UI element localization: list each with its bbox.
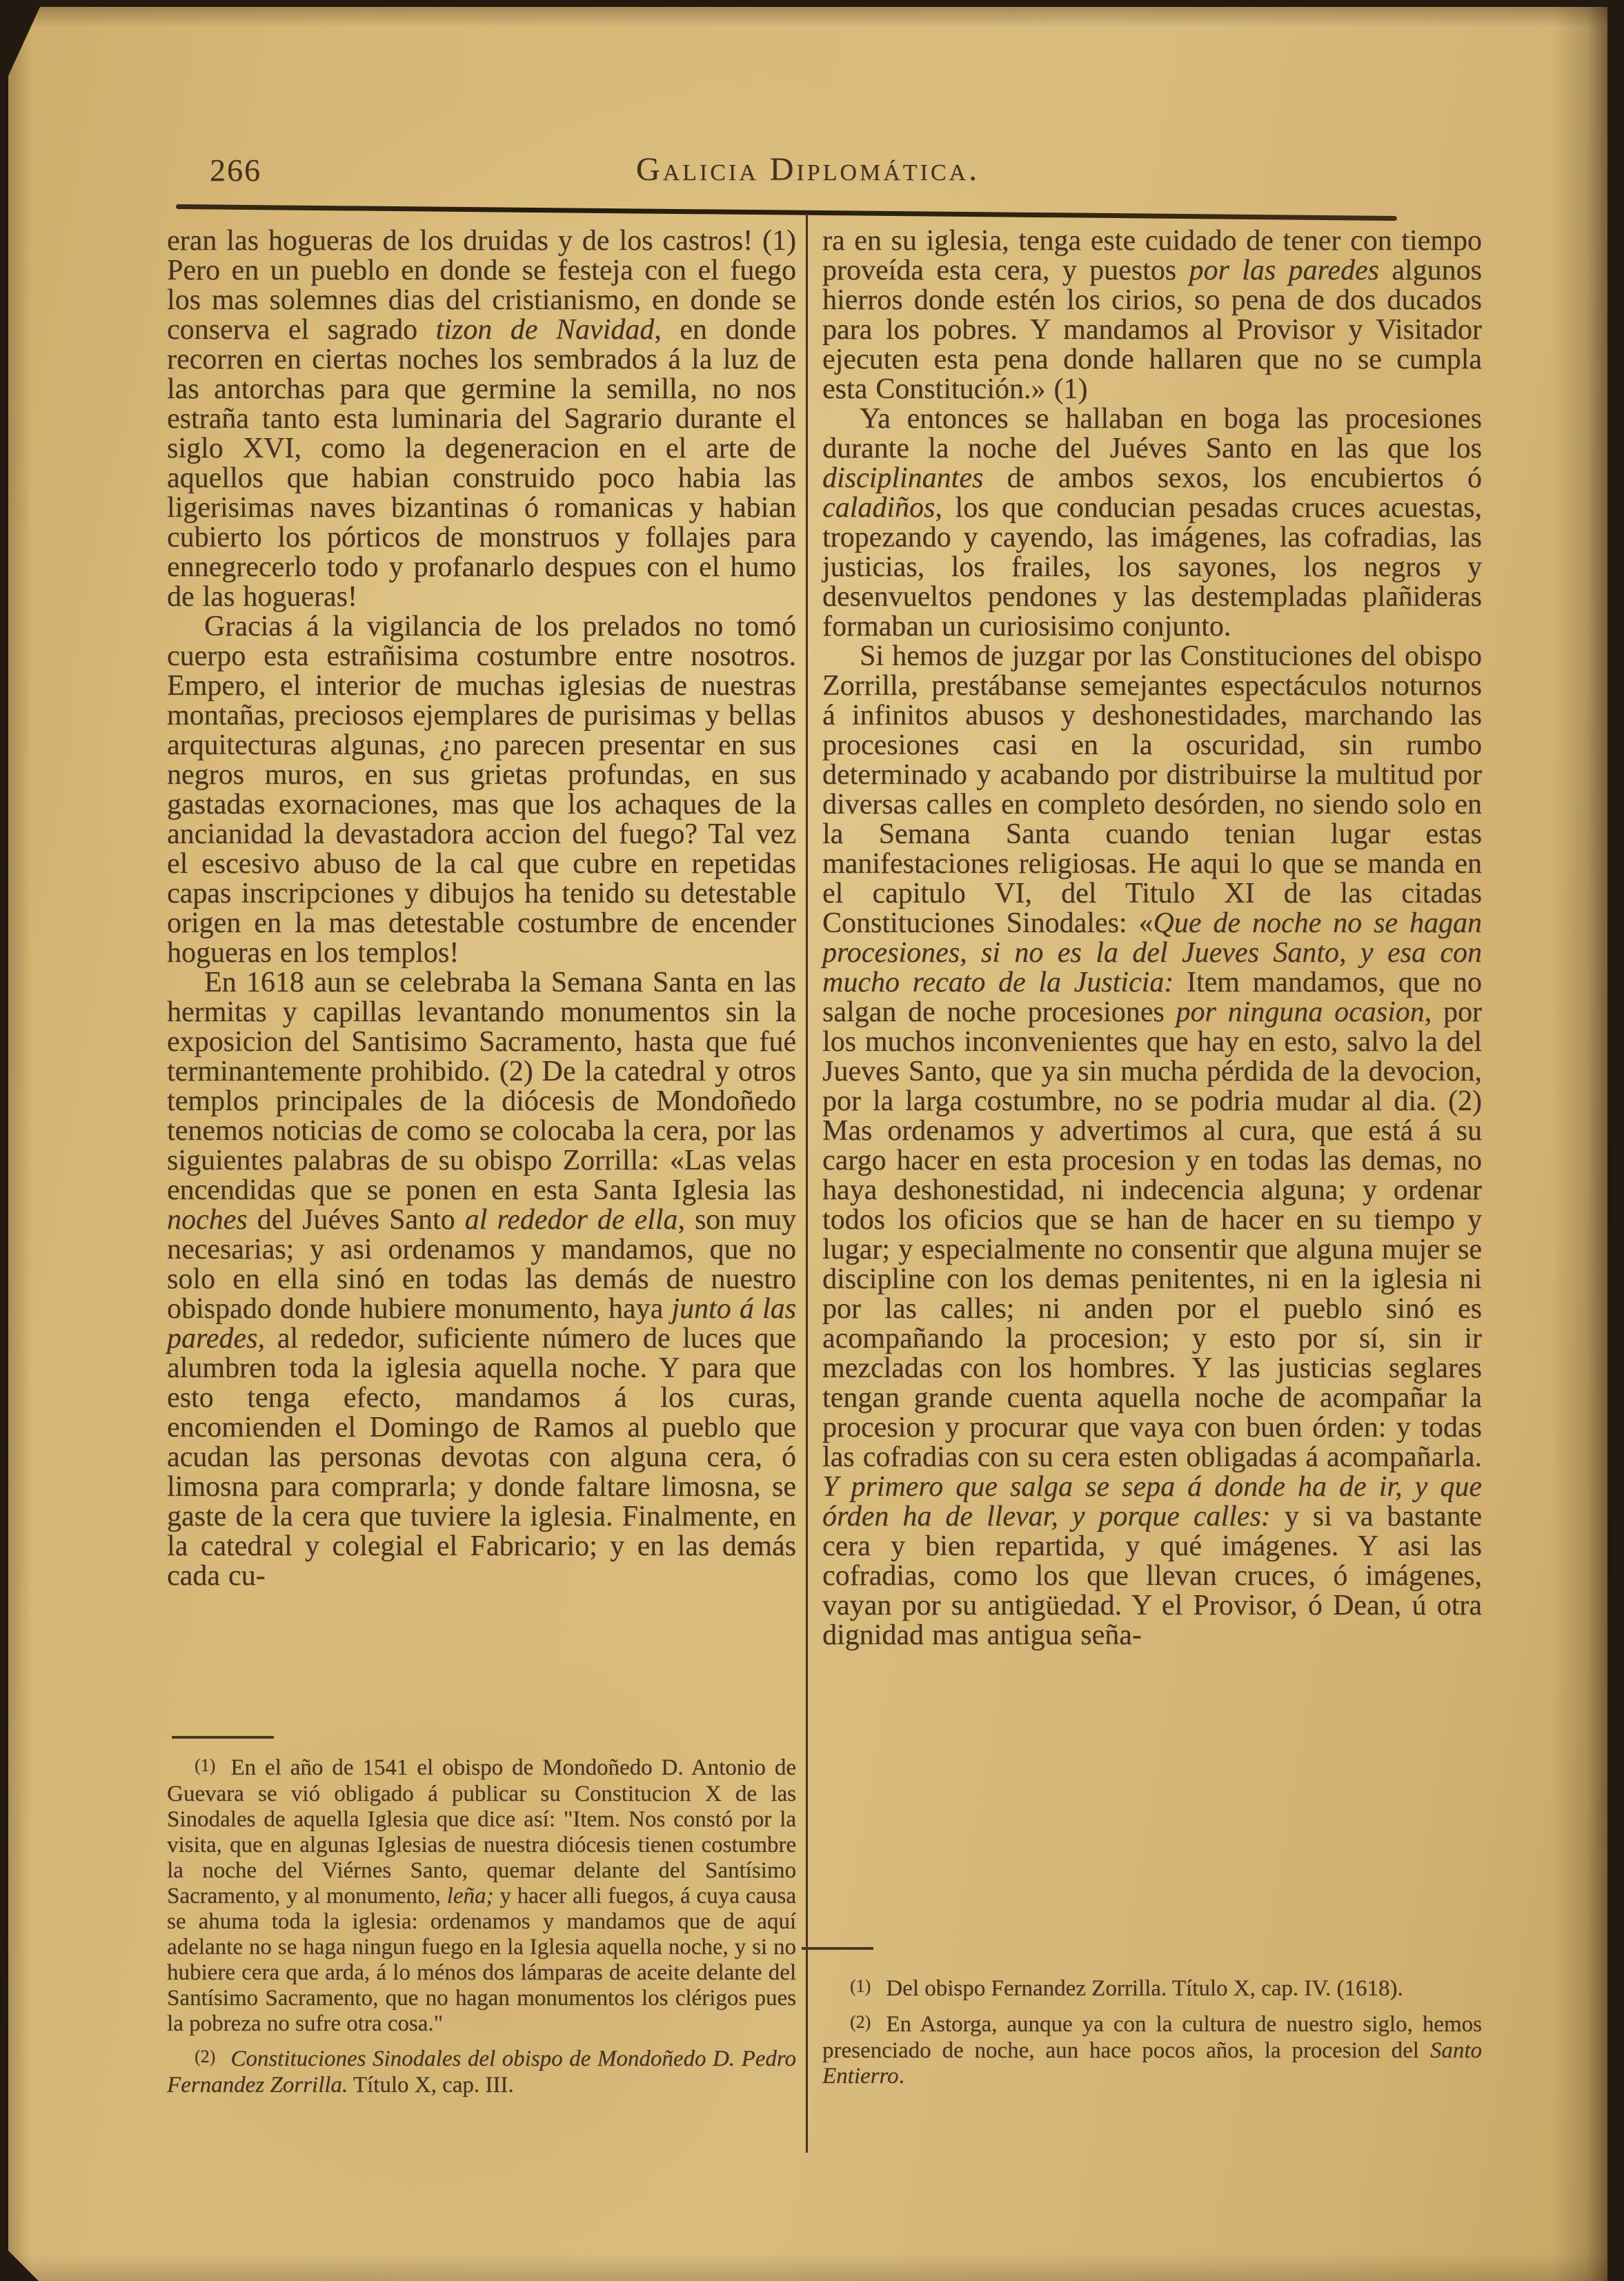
italic-text-segment: caladiños: [822, 492, 935, 524]
paragraph: Ya entonces se hallaban en boga las proc…: [822, 404, 1482, 642]
column-divider: [806, 214, 808, 2153]
italic-text-segment: por ninguna ocasion: [1176, 996, 1425, 1028]
footnote-marker: (2): [850, 2012, 871, 2032]
text-segment: Del obispo Fernandez Zorrilla. Título X,…: [886, 1976, 1403, 2001]
text-segment: Título X, cap. III.: [348, 2073, 513, 2097]
italic-text-segment: disciplinantes: [822, 462, 983, 494]
footnote-separator-left: [172, 1736, 274, 1739]
scanned-page: 266 Galicia Diplomática. eran las hoguer…: [8, 7, 1607, 2281]
text-segment: , por los muchos inconvenientes que hay …: [822, 996, 1482, 1473]
left-column: eran las hogueras de los druidas y de lo…: [167, 226, 796, 1591]
footnote: (1)En el año de 1541 el obispo de Mondoñ…: [167, 1755, 796, 2037]
text-segment: al rededor, suficiente número de luces q…: [167, 1323, 796, 1592]
right-column: ra en su iglesia, tenga este cuidado de …: [822, 226, 1482, 1650]
footnote-marker: (1): [850, 1976, 871, 1996]
paragraph: Gracias á la vigilancia de los prelados …: [167, 612, 796, 968]
italic-text-segment: tizon de Navidad: [436, 314, 655, 346]
italic-text-segment: noches: [167, 1204, 248, 1236]
paragraph: ra en su iglesia, tenga este cuidado de …: [822, 226, 1482, 404]
paragraph: eran las hogueras de los druidas y de lo…: [167, 226, 796, 612]
right-footnotes: (1)Del obispo Fernandez Zorrilla. Título…: [822, 1976, 1482, 2089]
footnote-separator-right: [802, 1947, 873, 1950]
left-footnotes: (1)En el año de 1541 el obispo de Mondoñ…: [167, 1755, 796, 2098]
footnote: (2)Constituciones Sinodales del obispo d…: [167, 2046, 796, 2098]
footnote-marker: (2): [195, 2046, 215, 2066]
text-segment: En Astorga, aunque ya con la cultura de …: [822, 2012, 1482, 2063]
scanned-page-background: { "page": { "number": "266", "title": "G…: [0, 0, 1624, 2281]
header-rule: [176, 204, 1397, 221]
text-segment: Ya entonces se hallaban en boga las proc…: [822, 403, 1482, 464]
text-segment: de ambos sexos, los encubiertos ó: [983, 462, 1482, 494]
text-segment: .: [899, 2064, 904, 2089]
footnote: (1)Del obispo Fernandez Zorrilla. Título…: [822, 1976, 1482, 2002]
text-segment: , en donde recorren en ciertas noches lo…: [167, 314, 796, 613]
footnote-marker: (1): [195, 1755, 215, 1775]
paragraph: Si hemos de juzgar por las Constitucione…: [822, 642, 1482, 1650]
footnote: (2)En Astorga, aunque ya con la cultura …: [822, 2012, 1482, 2089]
text-segment: Gracias á la vigilancia de los prelados …: [167, 611, 796, 969]
text-segment: del Juéves Santo: [248, 1204, 465, 1236]
paragraph: En 1618 aun se celebraba la Semana Santa…: [167, 968, 796, 1591]
italic-text-segment: leña;: [447, 1884, 494, 1908]
text-segment: En 1618 aun se celebraba la Semana Santa…: [167, 967, 796, 1206]
italic-text-segment: por las paredes: [1189, 255, 1379, 286]
italic-text-segment: al rededor de ella: [465, 1204, 678, 1236]
text-segment: Si hemos de juzgar por las Constitucione…: [822, 640, 1482, 939]
page-title: Galicia Diplomática.: [8, 150, 1607, 188]
